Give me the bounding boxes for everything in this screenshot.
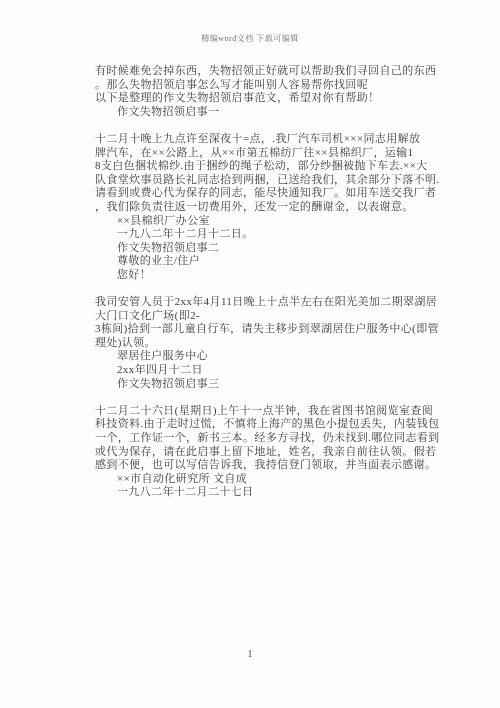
text-line: 或代为保存，请在此启事上留下地址，姓名，我亲自前往认领。假若 bbox=[95, 446, 445, 460]
watermark-header: 精编word文档 下载可编辑 bbox=[0, 33, 500, 44]
text-line: 作文失物招领启事二 bbox=[95, 242, 445, 256]
text-line: 您好！ bbox=[95, 269, 445, 283]
text-line: 十二月十晚上九点许至深夜十=点，.我厂汽车司机×××同志用解放 bbox=[95, 133, 445, 147]
text-line: 我司安管人员于2xx年4月11日晚上十点半左右在阳光美加二期翠湖居 bbox=[95, 296, 445, 310]
text-line: 2xx年四月十二日 bbox=[95, 364, 445, 378]
text-line: ，我们除负责往返一切费用外，还发一定的酬谢金，以表谢意。 bbox=[95, 201, 445, 215]
text-line: 大门口文化广场(即2- bbox=[95, 310, 445, 324]
text-line: 以下是整理的作文失物招领启事范文，希望对你有帮助！ bbox=[95, 92, 445, 106]
text-line: 作文失物招领启事一 bbox=[95, 106, 445, 120]
text-line: 3栋间)拾到一部儿童自行车，请失主移步到翠湖居住户服务中心(即管 bbox=[95, 323, 445, 337]
document-body: 有时候难免会掉东西，失物招领正好就可以帮助我们寻回自己的东西。那么失物招领启事怎… bbox=[95, 65, 445, 500]
text-line: 尊敬的业主/住户 bbox=[95, 255, 445, 269]
text-line: 牌汽车，在××公路上，从××市第五棉纺厂往××县棉织厂，运输1 bbox=[95, 147, 445, 161]
text-line: 作文失物招领启事三 bbox=[95, 378, 445, 392]
text-line: 。那么失物招领启事怎么写才能叫别人容易帮你找回呢 bbox=[95, 79, 445, 93]
blank-line bbox=[95, 283, 445, 297]
document-page: 精编word文档 下载可编辑 有时候难免会掉东西，失物招领正好就可以帮助我们寻回… bbox=[0, 0, 500, 708]
text-line: ××市自动化研究所 文自成 bbox=[95, 473, 445, 487]
text-line: 理处)认领。 bbox=[95, 337, 445, 351]
text-line: 队食堂炊事员路长礼同志拾到两捆，已送给我们，其余部分下落不明. bbox=[95, 174, 445, 188]
text-line: 一九八二年十二月二十七日 bbox=[95, 486, 445, 500]
text-line: 有时候难免会掉东西，失物招领正好就可以帮助我们寻回自己的东西 bbox=[95, 65, 445, 79]
blank-line bbox=[95, 119, 445, 133]
text-line: 科技资料.由于走时过慌，不慎将上海产的黑色小提包丢失，内装钱包 bbox=[95, 418, 445, 432]
blank-line bbox=[95, 391, 445, 405]
text-line: 请看到或费心代为保存的同志，能尽快通知我厂。如用车送交我厂者 bbox=[95, 187, 445, 201]
text-line: 一个，工作证一个，新书三本。经多方寻找，仍未找到.哪位同志看到 bbox=[95, 432, 445, 446]
text-line: 8支白色捆状棉纱.由于捆纱的绳子松动，部分纱捆被抛下车去.××大 bbox=[95, 160, 445, 174]
page-number: 1 bbox=[0, 649, 500, 660]
text-line: 一九八二年十二月十二日。 bbox=[95, 228, 445, 242]
text-line: 感到不便，也可以写信告诉我，我持信登门领取，并当面表示感谢。 bbox=[95, 459, 445, 473]
text-line: ××县棉织厂办公室 bbox=[95, 215, 445, 229]
text-line: 十二月二十六日(星期日)上午十一点半钟，我在省图书馆阅览室查阅 bbox=[95, 405, 445, 419]
text-line: 翠居住户服务中心 bbox=[95, 350, 445, 364]
